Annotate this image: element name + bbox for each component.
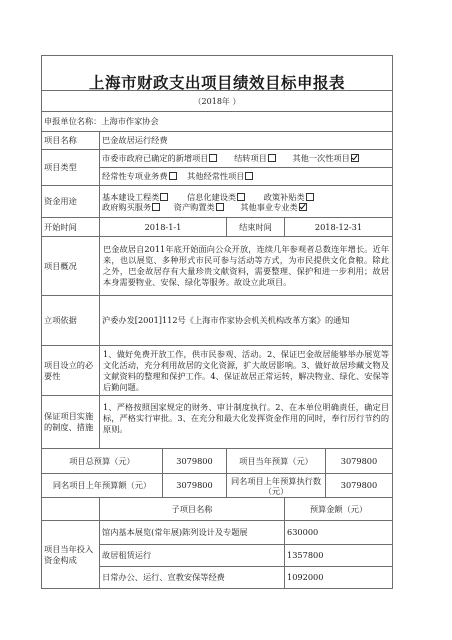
total-budget-label: 项目总预算（元） — [42, 449, 163, 474]
type-recurring-special-label: 经常性专项业务费 — [102, 171, 168, 181]
applicant-unit-value: 上海市作家协会 — [101, 116, 158, 126]
necessity-text: 1、做好免费开放工作，供市民参观、活动。2、保证巴金故居能够举办展览等文化活动，… — [100, 346, 393, 396]
basis-text: 沪委办发[2001]112号《上海市作家协会机关机构改革方案》的通知 — [100, 296, 393, 346]
prev-exec-label: 同名项目上年预算执行数（元） — [227, 474, 326, 498]
use-subsidy-label: 政策补贴类 — [264, 192, 305, 202]
type-new-project-label: 市委市政府已确定的新增项目 — [102, 153, 208, 163]
type-other-recurring-checkbox[interactable] — [245, 172, 253, 180]
end-date-label: 结束时间 — [227, 218, 285, 237]
table-row: 项目当年投入资金构成 馆内基本展览(常年展)陈列设计及专题展 630000 — [42, 521, 393, 545]
overview-text: 巴金故居自2011年底开始面向公众开放，连续几年参观者总数连年增长。近年来，也以… — [100, 237, 393, 296]
project-name-value: 巴金故居运行经费 — [100, 132, 393, 150]
basis-label: 立项依据 — [42, 296, 100, 346]
subproject-name: 故居租赁运行 — [100, 545, 285, 567]
start-date-value: 2018-1-1 — [100, 218, 227, 237]
current-budget-value: 3079800 — [326, 449, 393, 474]
project-type-row1: 市委市政府已确定的新增项目 结转项目 其他一次性项目 — [100, 150, 393, 168]
type-other-onetime-label: 其他一次性项目 — [292, 153, 349, 163]
subproject-amount: 1357800 — [285, 545, 393, 567]
type-carryover-checkbox[interactable] — [268, 154, 276, 162]
measures-text: 1、严格按照国家规定的财务、审计制度执行。2、在本单位明确责任，确定目标，严格实… — [100, 396, 393, 449]
subproject-amount: 630000 — [285, 521, 393, 545]
subproject-amount: 1092000 — [285, 567, 393, 589]
project-type-label: 项目类型 — [42, 150, 100, 186]
current-budget-label: 项目当年预算（元） — [227, 449, 326, 474]
prev-budget-label: 同名项目上年预算额（元） — [42, 474, 163, 498]
form-year: （2018年 ） — [42, 91, 393, 112]
overview-label: 项目概况 — [42, 237, 100, 296]
use-it-checkbox[interactable] — [237, 193, 245, 201]
type-recurring-special-checkbox[interactable] — [169, 172, 177, 180]
end-date-value: 2018-12-31 — [285, 218, 393, 237]
composition-header-blank — [42, 498, 100, 521]
fund-use-options: 基本建设工程类 信息化建设类 政策补贴类 政府购买服务 资产购置类 其他事业专业… — [100, 186, 393, 218]
type-new-project-checkbox[interactable] — [209, 154, 217, 162]
use-construction-label: 基本建设工程类 — [102, 192, 159, 202]
type-carryover-label: 结转项目 — [234, 153, 267, 163]
form-table: 上海市财政支出项目绩效目标申报表 （2018年 ） 申报单位名称：上海市作家协会… — [41, 55, 393, 589]
prev-exec-value: 3079800 — [326, 474, 393, 498]
total-budget-value: 3079800 — [163, 449, 227, 474]
subproject-name-header: 子项目名称 — [100, 498, 285, 521]
performance-target-form: 上海市财政支出项目绩效目标申报表 （2018年 ） 申报单位名称：上海市作家协会… — [41, 55, 392, 589]
form-title: 上海市财政支出项目绩效目标申报表 — [42, 56, 393, 91]
use-other-professional-checkbox[interactable] — [299, 203, 307, 211]
applicant-unit-label: 申报单位名称： — [44, 116, 101, 126]
use-asset-label: 资产购置类 — [174, 202, 215, 212]
use-gov-service-label: 政府购买服务 — [102, 202, 151, 212]
use-gov-service-checkbox[interactable] — [152, 203, 160, 211]
subproject-name: 日常办公、运行、宣教安保等经费 — [100, 567, 285, 589]
composition-label: 项目当年投入资金构成 — [42, 521, 100, 589]
type-other-onetime-checkbox[interactable] — [351, 154, 359, 162]
start-date-label: 开始时间 — [42, 218, 100, 237]
measures-label: 保证项目实施的制度、措施 — [42, 396, 100, 449]
use-other-professional-label: 其他事业专业类 — [240, 202, 297, 212]
necessity-label: 项目设立的必要性 — [42, 346, 100, 396]
prev-budget-value: 3079800 — [163, 474, 227, 498]
project-type-row2: 经常性专项业务费 其他经常性项目 — [100, 168, 393, 186]
fund-use-label: 资金用途 — [42, 186, 100, 218]
use-it-label: 信息化建设类 — [187, 192, 236, 202]
subproject-name: 馆内基本展览(常年展)陈列设计及专题展 — [100, 521, 285, 545]
use-construction-checkbox[interactable] — [160, 193, 168, 201]
project-name-label: 项目名称 — [42, 132, 100, 150]
applicant-unit-row: 申报单位名称：上海市作家协会 — [42, 112, 393, 132]
type-other-recurring-label: 其他经常性项目 — [187, 171, 244, 181]
use-subsidy-checkbox[interactable] — [306, 193, 314, 201]
subproject-amount-header: 预算金额（元） — [285, 498, 393, 521]
use-asset-checkbox[interactable] — [216, 203, 224, 211]
